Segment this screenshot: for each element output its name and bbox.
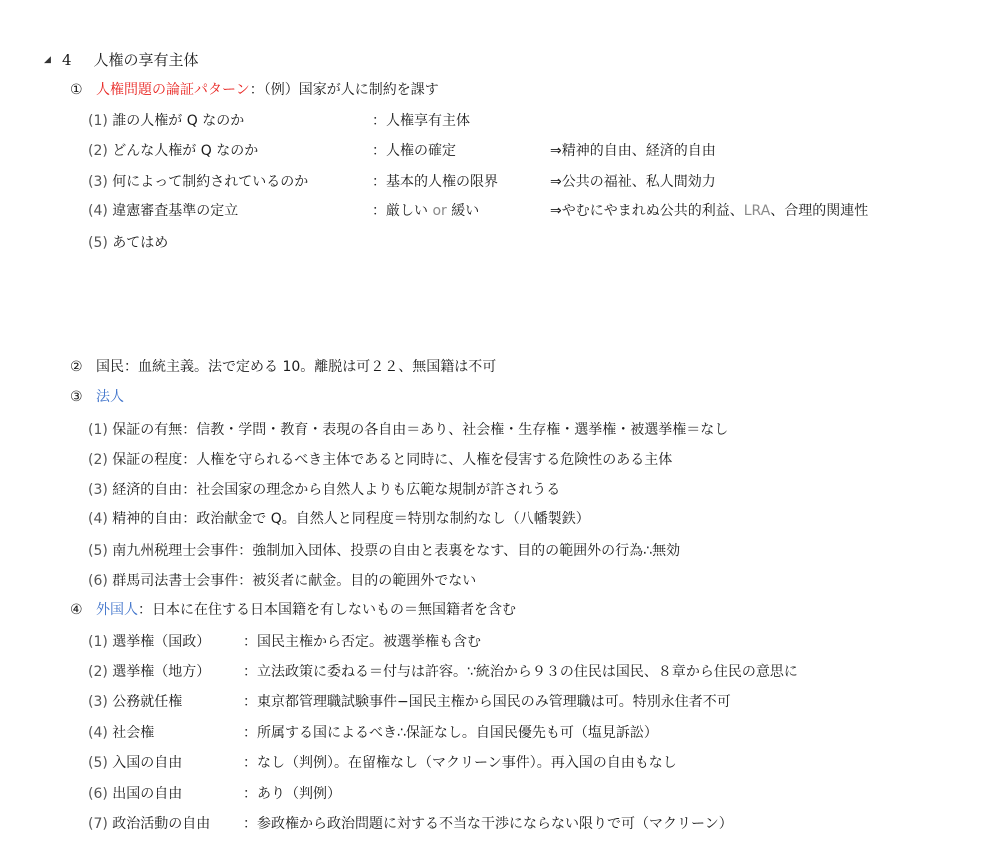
item-text: ：国民主権から否定。被選挙権も含む [243,632,481,652]
item-number: (1) [88,634,108,650]
item-value: ：人権享有主体 [372,111,470,131]
list-item: (5) 南九州税理士会事件：強制加入団体、投票の自由と表裏をなす、目的の範囲外の… [88,541,680,561]
item-number: (7) [88,816,108,832]
item-1-text: ：（例）国家が人に制約を課す [250,82,439,98]
list-item: (3) 経済的自由：社会国家の理念から自然人よりも広範な規制が許されうる [88,480,560,500]
item-text: 保証の有無：信教・学問・教育・表現の各自由＝あり、社会権・生存権・選挙権・被選挙… [112,422,728,438]
list-item: (2) 保証の程度：人権を守られるべき主体であると同時に、人権を侵害する危険性の… [88,450,672,470]
item-value: ：人権の確定 [372,141,456,161]
item-number: (2) [88,664,108,680]
circled-number: ① [70,80,96,100]
item-number: (4) [88,203,108,219]
list-item: (1) 誰の人権が Q なのか [88,111,244,131]
item-result: ⇒公共の福祉、私人間効力 [550,172,716,192]
item-text: 保証の程度：人権を守られるべき主体であると同時に、人権を侵害する危険性のある主体 [112,452,672,468]
item-4-heading: ④外国人：日本に在住する日本国籍を有しないもの＝無国籍者を含む [70,600,516,620]
item-label: 入国の自由 [112,755,182,771]
item-3-title: 法人 [96,389,124,405]
item-number: (2) [88,143,108,159]
item-number: (3) [88,694,108,710]
circled-number: ② [70,357,96,377]
list-item: (6) 出国の自由 [88,784,182,804]
item-2: ②国民：血統主義。法で定める 10。離脱は可２２、無国籍は不可 [70,357,496,377]
item-number: (3) [88,174,108,190]
list-item: (5) あてはめ [88,233,168,253]
list-item: (4) 違憲審査基準の定立 [88,201,238,221]
section-number: 4 [62,51,72,69]
value-or: or [432,203,446,219]
item-label: 何によって制約されているのか [112,174,308,190]
list-item: (1) 選挙権（国政） [88,632,210,652]
item-number: (6) [88,786,108,802]
item-result: ⇒精神的自由、経済的自由 [550,141,716,161]
item-label: 誰の人権が Q なのか [112,113,244,129]
value-loose: 緩い [447,203,479,219]
item-label: 出国の自由 [112,786,182,802]
list-item: (6) 群馬司法書士会事件：被災者に献金。目的の範囲外でない [88,571,476,591]
item-number: (5) [88,235,108,251]
item-number: (5) [88,543,108,559]
item-value: ：基本的人権の限界 [372,172,498,192]
section-heading: ◢4人権の享有主体 [44,50,199,71]
item-label: 公務就任権 [112,694,182,710]
item-label: 社会権 [112,725,154,741]
section-title: 人権の享有主体 [94,51,199,69]
item-label: 選挙権（地方） [112,664,210,680]
item-label: 政治活動の自由 [112,816,210,832]
item-1-heading: ①人権問題の論証パターン：（例）国家が人に制約を課す [70,80,439,100]
item-text: 南九州税理士会事件：強制加入団体、投票の自由と表裏をなす、目的の範囲外の行為∴無… [112,543,680,559]
result-part: 、合理的関連性 [770,203,868,219]
item-number: (4) [88,725,108,741]
list-item: (5) 入国の自由 [88,753,182,773]
item-2-text: 国民：血統主義。法で定める 10。離脱は可２２、無国籍は不可 [96,359,496,375]
list-item: (4) 社会権 [88,723,154,743]
list-item: (2) 選挙権（地方） [88,662,210,682]
list-item: (4) 精神的自由：政治献金で Q。自然人と同程度＝特別な制約なし（八幡製鉄） [88,509,590,529]
item-text: 群馬司法書士会事件：被災者に献金。目的の範囲外でない [112,573,476,589]
item-label: どんな人権が Q なのか [112,143,258,159]
item-text: ：所属する国によるべき∴保証なし。自国民優先も可（塩見訴訟） [243,723,658,743]
item-result: ⇒やむにやまれぬ公共的利益、LRA、合理的関連性 [550,201,868,221]
item-text: ：あり（判例） [243,784,341,804]
item-text: ：参政権から政治問題に対する不当な干渉にならない限りで可（マクリーン） [243,814,733,834]
item-1-title: 人権問題の論証パターン [96,82,250,98]
item-number: (3) [88,482,108,498]
list-item: (3) 公務就任権 [88,692,182,712]
item-value: ：厳しい or 緩い [372,201,479,221]
list-item: (7) 政治活動の自由 [88,814,210,834]
item-number: (4) [88,511,108,527]
item-3-heading: ③法人 [70,387,124,407]
collapse-triangle-icon[interactable]: ◢ [44,50,62,70]
item-number: (2) [88,452,108,468]
item-text: 精神的自由：政治献金で Q。自然人と同程度＝特別な制約なし（八幡製鉄） [112,511,589,527]
item-number: (1) [88,422,108,438]
item-number: (6) [88,573,108,589]
circled-number: ④ [70,600,96,620]
item-number: (1) [88,113,108,129]
result-lra: LRA [744,203,771,219]
item-text: ：なし（判例）。在留権なし（マクリーン事件）。再入国の自由もなし [243,753,677,773]
item-text: ：立法政策に委ねる＝付与は許容。∵統治から９３の住民は国民、８章から住民の意思に [243,662,798,682]
item-text: ：東京都管理職試験事件−国民主権から国民のみ管理職は可。特別永住者不可 [243,692,731,712]
item-label: あてはめ [112,235,168,251]
item-label: 違憲審査基準の定立 [112,203,238,219]
item-label: 選挙権（国政） [112,634,210,650]
list-item: (1) 保証の有無：信教・学問・教育・表現の各自由＝あり、社会権・生存権・選挙権… [88,420,728,440]
result-part: ⇒やむにやまれぬ公共的利益、 [550,203,744,219]
list-item: (2) どんな人権が Q なのか [88,141,258,161]
item-number: (5) [88,755,108,771]
item-4-text: ：日本に在住する日本国籍を有しないもの＝無国籍者を含む [138,602,516,618]
value-strict: ：厳しい [372,203,432,219]
item-text: 経済的自由：社会国家の理念から自然人よりも広範な規制が許されうる [112,482,560,498]
list-item: (3) 何によって制約されているのか [88,172,308,192]
circled-number: ③ [70,387,96,407]
item-4-title: 外国人 [96,602,138,618]
